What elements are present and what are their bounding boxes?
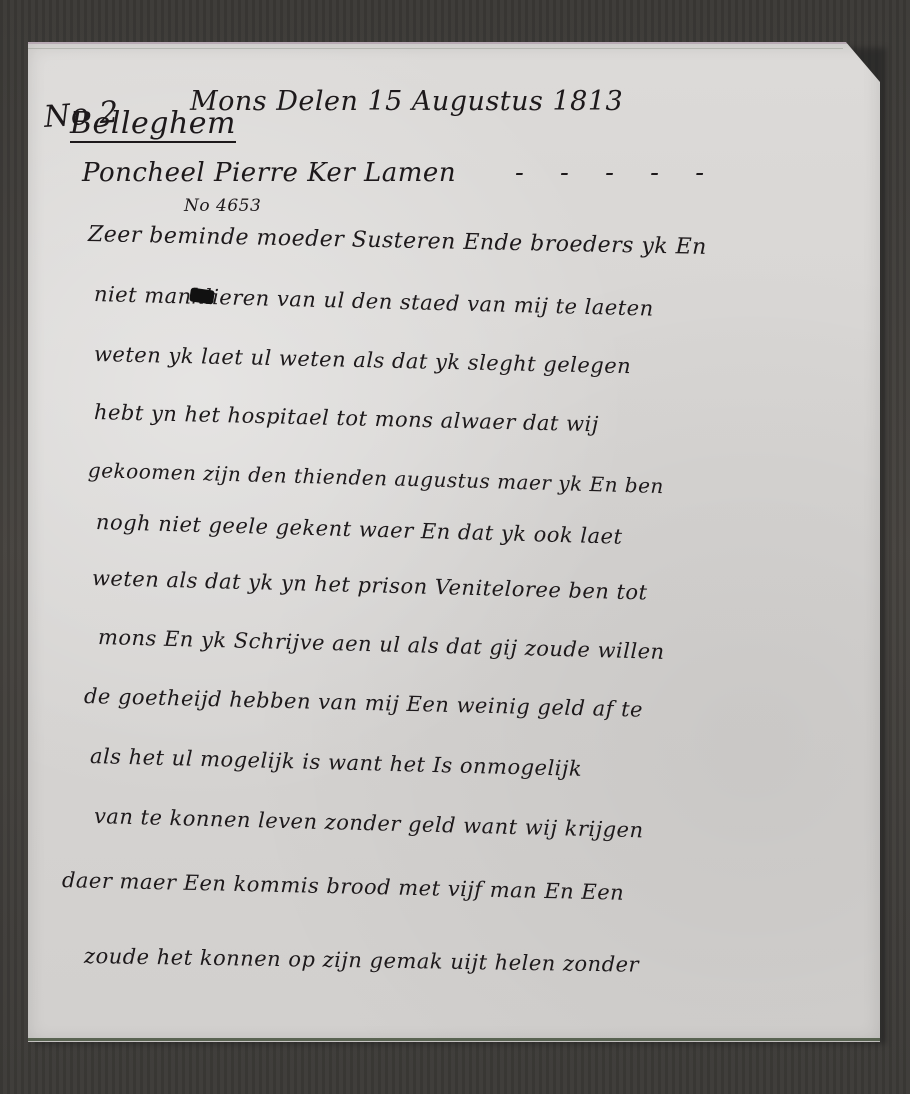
subject-line: Poncheel Pierre Ker Lamen <box>82 158 456 188</box>
subject-dashes: - - - - - <box>515 158 718 188</box>
date-line: Mons Delen 15 Augustus 1813 <box>190 86 623 117</box>
document-number: No 4653 <box>184 196 261 216</box>
paper-fold-line <box>28 48 843 49</box>
paper-bottom-edge <box>28 1038 880 1041</box>
